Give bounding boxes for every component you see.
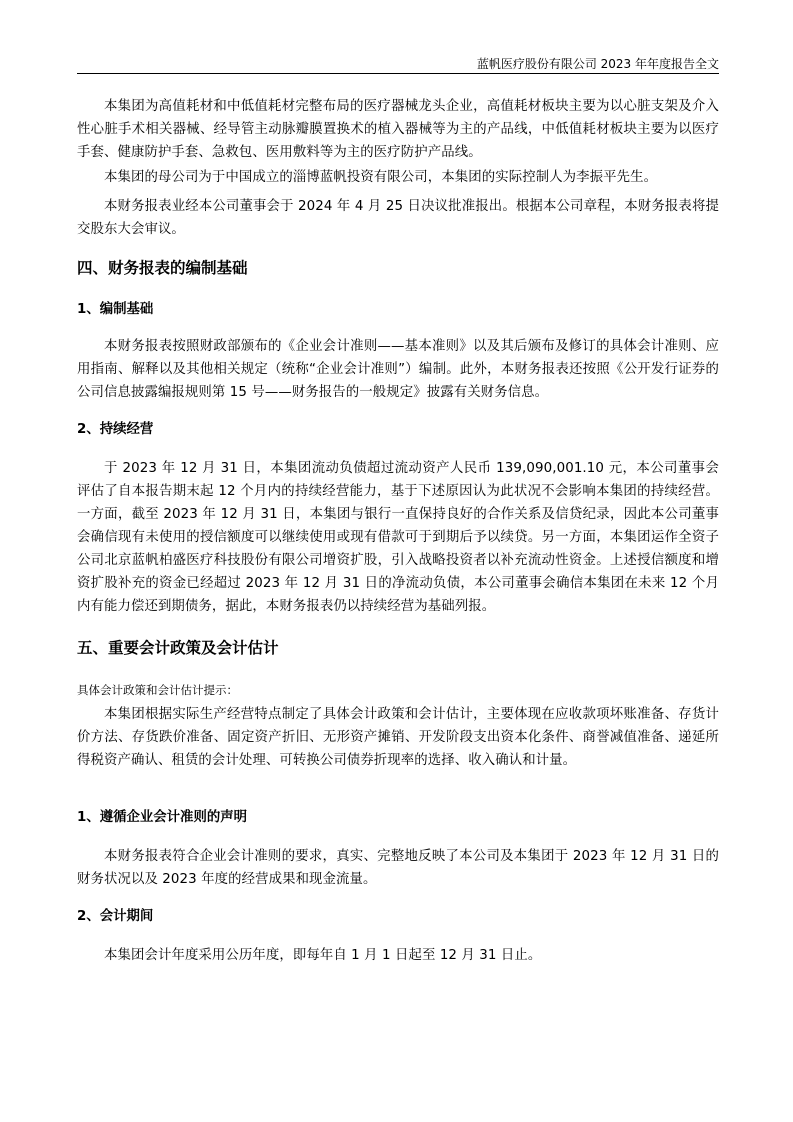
going-concern-paragraph: 于 2023 年 12 月 31 日，本集团流动负债超过流动资产人民币 139,… [77, 457, 719, 618]
intro-paragraph-approval: 本财务报表业经本公司董事会于 2024 年 4 月 25 日决议批准报出。根据本… [77, 195, 719, 241]
section-heading-4: 四、财务报表的编制基础 [77, 258, 248, 278]
subheading-compliance-statement: 1、遵循企业会计准则的声明 [77, 808, 247, 828]
subheading-preparation-basis: 1、编制基础 [77, 300, 153, 320]
intro-paragraph-parent: 本集团的母公司为于中国成立的淄博蓝帆投资有限公司，本集团的实际控制人为李振平先生… [77, 166, 719, 189]
report-title: 蓝帆医疗股份有限公司 2023 年年度报告全文 [477, 57, 719, 71]
subheading-accounting-period: 2、会计期间 [77, 907, 153, 927]
accounting-period-paragraph: 本集团会计年度采用公历年度，即每年自 1 月 1 日起至 12 月 31 日止。 [77, 944, 719, 967]
preparation-basis-paragraph: 本财务报表按照财政部颁布的《企业会计准则——基本准则》以及其后颁布及修订的具体会… [77, 335, 719, 404]
section-heading-5: 五、重要会计政策及会计估计 [77, 638, 279, 658]
compliance-statement-paragraph: 本财务报表符合企业会计准则的要求，真实、完整地反映了本公司及本集团于 2023 … [77, 845, 719, 891]
policy-note-label: 具体会计政策和会计估计提示： [77, 682, 238, 698]
intro-paragraph-business: 本集团为高值耗材和中低值耗材完整布局的医疗器械龙头企业，高值耗材板块主要为以心脏… [77, 95, 719, 164]
subheading-going-concern: 2、持续经营 [77, 420, 153, 440]
policy-intro-paragraph: 本集团根据实际生产经营特点制定了具体会计政策和会计估计，主要体现在应收款项坏账准… [77, 703, 719, 772]
page-header: 蓝帆医疗股份有限公司 2023 年年度报告全文 [77, 56, 719, 74]
